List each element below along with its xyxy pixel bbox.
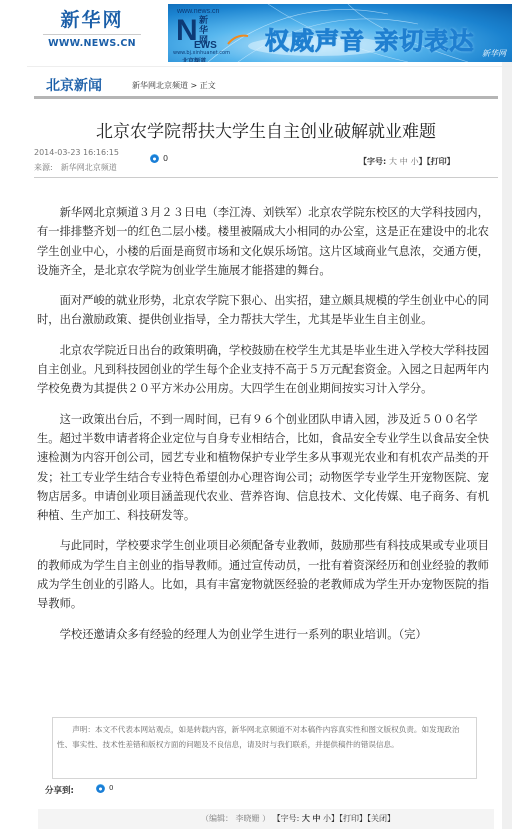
disclaimer-box: 声明：本文不代表本网站观点，如是转载内容，新华网北京频道不对本稿件内容真实性和图… <box>52 717 477 779</box>
font-large-button[interactable]: 大 <box>389 157 397 166</box>
disclaimer-text: 声明：本文不代表本网站观点，如是转载内容，新华网北京频道不对本稿件内容真实性和图… <box>57 722 472 752</box>
page-scrollbar-track[interactable] <box>502 62 512 829</box>
article-footer-bar: （编辑： 李晓姗 ） 【字号: 大 中 小】【打印】【关闭】 <box>38 809 494 829</box>
publish-datetime: 2014-03-23 16:16:15 <box>34 148 119 157</box>
share-label: 分享到: <box>45 784 74 796</box>
source-value: 新华网北京频道 <box>61 163 117 172</box>
site-header: 新华网 WWW.NEWS.CN www.news.cn N 新华网 EWS ww… <box>27 0 512 67</box>
banner-signature: 新华网 <box>482 48 506 59</box>
footer-font-close: 】 <box>331 814 339 823</box>
section-nav: 北京新闻 新华网北京频道 > 正文 <box>34 70 498 99</box>
editor-credit: （编辑： 李晓姗 ） <box>201 814 270 823</box>
font-size-label: 【字号: <box>359 157 386 166</box>
banner-slogan: 权威声音 亲切表达 <box>265 21 474 56</box>
article-meta: 2014-03-23 16:16:15 来源:新华网北京频道 0 【字号: 大 … <box>34 147 498 178</box>
banner-channel: 北京频道 <box>182 56 206 62</box>
share-widget-bottom[interactable]: 0 <box>96 784 113 793</box>
share-count-value: 0 <box>163 154 168 163</box>
print-button[interactable]: 【打印】 <box>427 157 455 166</box>
xinhua-logo[interactable]: 新华网 WWW.NEWS.CN <box>41 8 143 56</box>
article-title: 北京农学院帮扶大学生自主创业破解就业难题 <box>34 117 498 142</box>
channel-banner[interactable]: www.news.cn N 新华网 EWS www.bj.xinhuanet.c… <box>168 4 512 62</box>
article-paragraph: 这一政策出台后，不到一周时间，已有９６个创业团队申请入园，涉及近５００名学生。超… <box>37 410 489 526</box>
article-source: 来源:新华网北京频道 <box>34 162 117 173</box>
footer-font-small-button[interactable]: 小 <box>323 814 331 823</box>
article-paragraph: 面对严峻的就业形势，北京农学院下狠心、出实招，建立颇具规模的学生创业中心的同时，… <box>37 291 489 330</box>
share-drop-icon[interactable] <box>96 784 105 793</box>
article-paragraph: 新华网北京频道３月２３日电（李江涛、刘铁军）北京农学院东校区的大学科技园内，有一… <box>37 203 489 280</box>
section-title-link[interactable]: 北京新闻 <box>46 75 102 95</box>
logo-text: 新华网 <box>41 8 143 32</box>
logo-url: WWW.NEWS.CN <box>41 38 143 49</box>
share-widget-top[interactable]: 0 <box>150 154 168 163</box>
article-paragraph: 与此同时，学校要求学生创业项目必须配备专业教师，鼓励那些有科技成果或专业项目的教… <box>37 536 489 613</box>
footer-font-label: 【字号: <box>273 814 300 823</box>
footer-font-medium-button[interactable]: 中 <box>312 814 320 823</box>
font-small-button[interactable]: 小 <box>411 157 419 166</box>
share-count-value: 0 <box>109 784 113 792</box>
article-paragraph: 学校还邀请众多有经验的经理人为创业学生进行一系列的职业培训。（完） <box>37 625 489 644</box>
footer-close-button[interactable]: 【关闭】 <box>367 814 395 823</box>
footer-font-large-button[interactable]: 大 <box>302 814 310 823</box>
footer-print-button[interactable]: 【打印】 <box>339 814 367 823</box>
share-drop-icon[interactable] <box>150 154 159 163</box>
logo-divider <box>43 34 141 35</box>
breadcrumb[interactable]: 新华网北京频道 > 正文 <box>132 80 216 91</box>
font-size-close: 】 <box>419 157 427 166</box>
article-paragraph: 北京农学院近日出台的政策明确，学校鼓励在校学生尤其是毕业生进入学校大学科技园自主… <box>37 341 489 399</box>
article-body: 新华网北京频道３月２３日电（李江涛、刘铁军）北京农学院东校区的大学科技园内，有一… <box>37 203 489 655</box>
font-medium-button[interactable]: 中 <box>400 157 408 166</box>
source-label: 来源: <box>34 163 53 172</box>
font-size-tools: 【字号: 大 中 小】【打印】 <box>359 156 455 167</box>
